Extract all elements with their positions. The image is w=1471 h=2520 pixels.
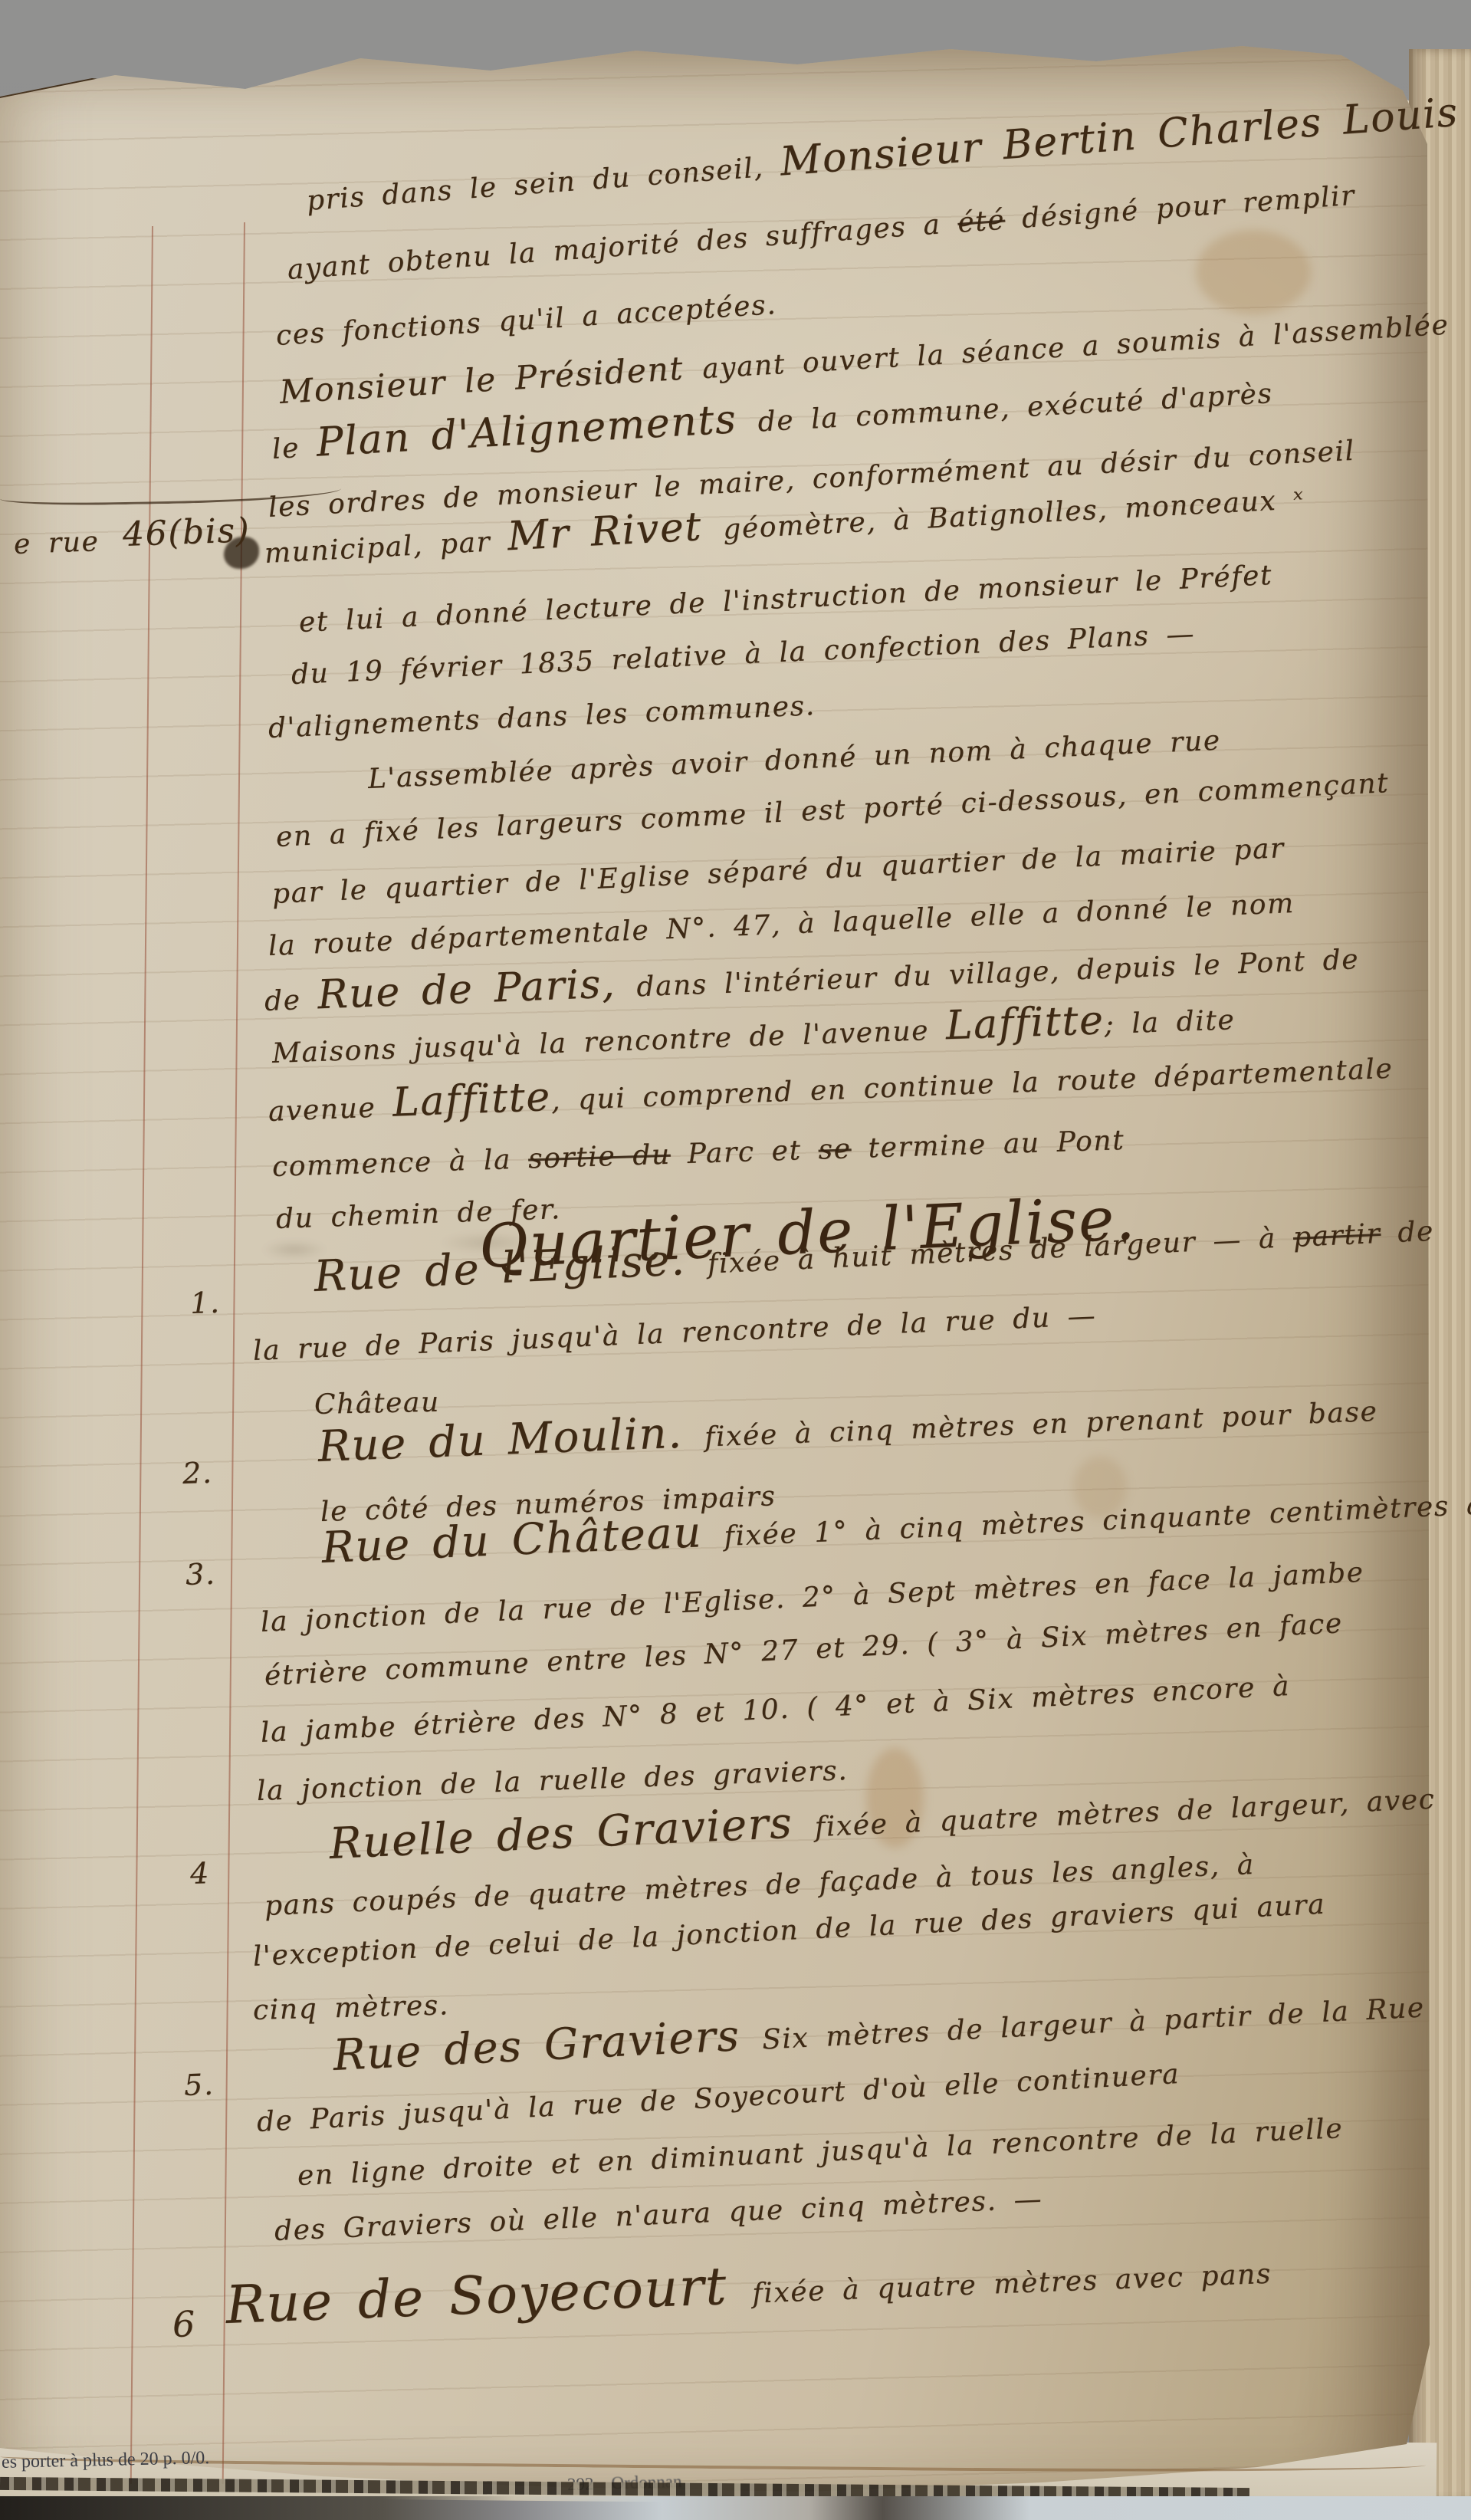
margin-note-number-text: 46(bis)	[122, 511, 251, 554]
margin-note-prefix: e rue	[13, 526, 100, 560]
street-number: 3.	[185, 1557, 216, 1592]
street-4-line: cinq mètres.	[252, 1989, 449, 2026]
street-number: 2.	[182, 1456, 213, 1490]
number-text: 6	[172, 2303, 197, 2345]
number-text: 3.	[185, 1557, 216, 1592]
margin-note-number: 46(bis)	[122, 511, 251, 554]
paper-stain	[1196, 230, 1311, 314]
text-run: ; la dite	[1104, 1004, 1236, 1040]
name-laffitte: Laffitte	[945, 997, 1105, 1049]
print-text: es porter à plus de 20 p. 0/0.	[2, 2448, 210, 2472]
street-number: 4	[189, 1856, 210, 1891]
text-run: Parc et	[670, 1135, 819, 1171]
manuscript-photo: e rue 46(bis) pris dans le sein du conse…	[0, 0, 1471, 2520]
street-number: 6	[172, 2303, 197, 2345]
struck-word: partir	[1292, 1218, 1381, 1253]
street-number: 1.	[189, 1286, 221, 1320]
struck-word: se	[818, 1133, 852, 1165]
text-run: cinq mètres.	[252, 1989, 449, 2026]
struck-word: sortie du	[527, 1139, 671, 1175]
street-number: 5.	[183, 2068, 215, 2102]
name-laffitte: Laffitte	[392, 1074, 552, 1126]
number-text: 4	[189, 1856, 210, 1891]
text-run: le	[271, 432, 317, 465]
text-run: Château	[314, 1387, 441, 1421]
number-text: 2.	[182, 1456, 213, 1490]
struck-word: été	[957, 205, 1006, 239]
photo-bottom-edge	[0, 2496, 1471, 2520]
text-run: de	[1380, 1216, 1434, 1250]
number-text: 5.	[183, 2068, 215, 2102]
street-1-line: Château	[314, 1387, 441, 1421]
text-run: de	[264, 984, 318, 1017]
number-text: 1.	[189, 1286, 221, 1320]
printed-footnote-left: es porter à plus de 20 p. 0/0.	[2, 2448, 210, 2473]
text-run: avenue	[268, 1092, 393, 1128]
margin-note-rue: e rue	[13, 526, 100, 560]
